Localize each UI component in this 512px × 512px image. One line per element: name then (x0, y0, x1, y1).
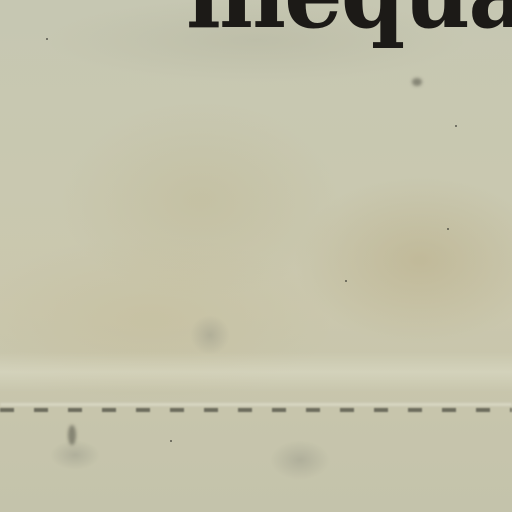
paper-dent (190, 315, 230, 355)
printed-word-fragment: inequa (186, 0, 512, 42)
paper-page: inequa (0, 0, 512, 512)
ink-speck (46, 38, 48, 40)
fold-ridge (0, 352, 512, 392)
paper-dent (50, 440, 100, 470)
ink-speck (345, 280, 347, 282)
ink-smudge (68, 425, 76, 445)
fold-highlight (0, 403, 512, 406)
ink-speck (447, 228, 449, 230)
ink-speck (455, 125, 457, 127)
fold-crease (0, 408, 512, 412)
ink-smudge (412, 78, 422, 86)
ink-speck (170, 440, 172, 442)
paper-dent (270, 440, 330, 480)
